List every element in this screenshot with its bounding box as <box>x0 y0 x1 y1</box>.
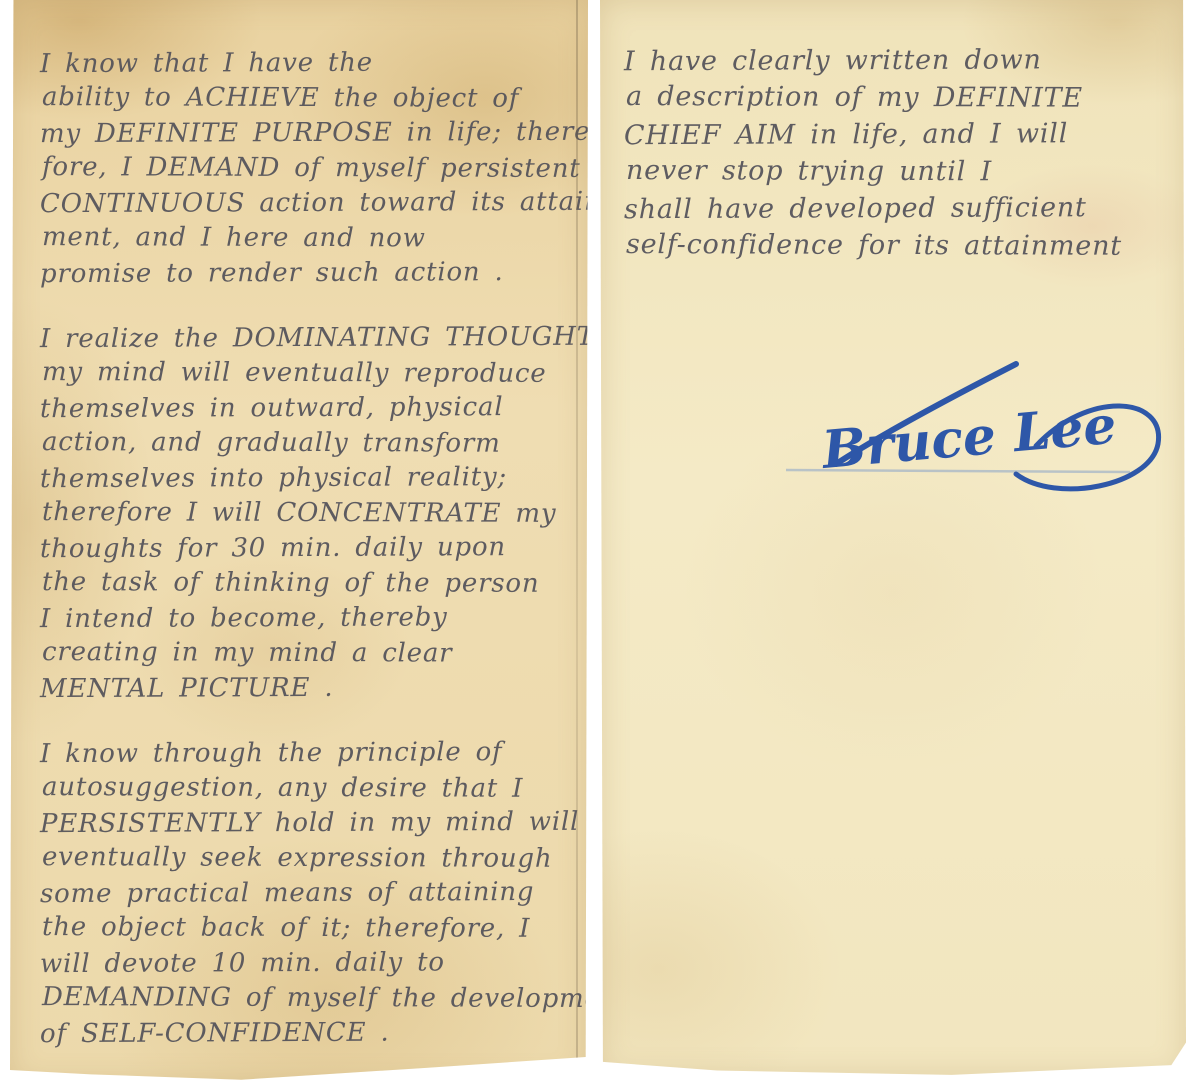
handwritten-line: I intend to become, thereby <box>40 600 574 637</box>
page-right-text: I have clearly written downa description… <box>600 0 1186 294</box>
handwritten-line: ment, and I here and now <box>42 220 576 257</box>
page-right: I have clearly written downa description… <box>600 0 1186 1077</box>
handwritten-line: will devote 10 min. daily to <box>40 945 574 982</box>
paragraph: I have clearly written downa description… <box>624 42 1176 264</box>
handwritten-line: I realize the DOMINATING THOUGHTS of <box>40 320 574 357</box>
handwritten-line: therefore I will CONCENTRATE my <box>42 495 576 532</box>
handwritten-line: shall have developed sufficient <box>624 189 1176 228</box>
signature-text: Bruce Lee <box>818 394 1119 481</box>
handwritten-line: PERSISTENTLY hold in my mind will <box>40 805 574 842</box>
handwritten-line: I know through the principle of <box>40 735 574 772</box>
handwritten-line: fore, I DEMAND of myself persistent <box>42 150 576 187</box>
handwritten-line: eventually seek expression through <box>42 840 576 877</box>
signature: Bruce Lee <box>768 348 1186 508</box>
document-scan: I know that I have theability to ACHIEVE… <box>0 0 1200 1091</box>
handwritten-line: my DEFINITE PURPOSE in life; there- <box>40 115 574 152</box>
handwritten-line: some practical means of attaining <box>40 875 574 912</box>
signature-block: Bruce Lee <box>768 348 1186 508</box>
handwritten-line: my mind will eventually reproduce <box>42 355 576 392</box>
handwritten-line: never stop trying until I <box>626 152 1178 191</box>
handwritten-line: DEMANDING of myself the development <box>42 980 576 1017</box>
handwritten-line: I know that I have the <box>40 45 574 82</box>
handwritten-line: MENTAL PICTURE . <box>40 670 574 707</box>
handwritten-line: CONTINUOUS action toward its attain- <box>40 185 574 222</box>
handwritten-line: I have clearly written down <box>624 41 1176 80</box>
handwritten-line: a description of my DEFINITE <box>626 78 1178 117</box>
handwritten-line: self-confidence for its attainment <box>626 226 1178 265</box>
handwritten-line: the object back of it; therefore, I <box>42 910 576 947</box>
page-left: I know that I have theability to ACHIEVE… <box>10 0 588 1083</box>
handwritten-line: of SELF-CONFIDENCE . <box>40 1015 574 1052</box>
handwritten-line: CHIEF AIM in life, and I will <box>624 115 1176 154</box>
handwritten-line: promise to render such action . <box>40 255 574 292</box>
handwritten-line: action, and gradually transform <box>42 425 576 462</box>
handwritten-line: themselves in outward, physical <box>40 390 574 427</box>
page-left-text: I know that I have theability to ACHIEVE… <box>10 0 588 1081</box>
handwritten-line: the task of thinking of the person <box>42 565 576 602</box>
handwritten-line: thoughts for 30 min. daily upon <box>40 530 574 567</box>
handwritten-line: creating in my mind a clear <box>42 635 576 672</box>
paragraph: I know that I have theability to ACHIEVE… <box>40 46 574 291</box>
handwritten-line: themselves into physical reality; <box>40 460 574 497</box>
paragraph: I realize the DOMINATING THOUGHTS ofmy m… <box>40 321 574 706</box>
handwritten-line: ability to ACHIEVE the object of <box>42 80 576 117</box>
paragraph: I know through the principle ofautosugge… <box>40 736 574 1051</box>
handwritten-line: autosuggestion, any desire that I <box>42 770 576 807</box>
page-fold-line <box>576 0 578 1083</box>
